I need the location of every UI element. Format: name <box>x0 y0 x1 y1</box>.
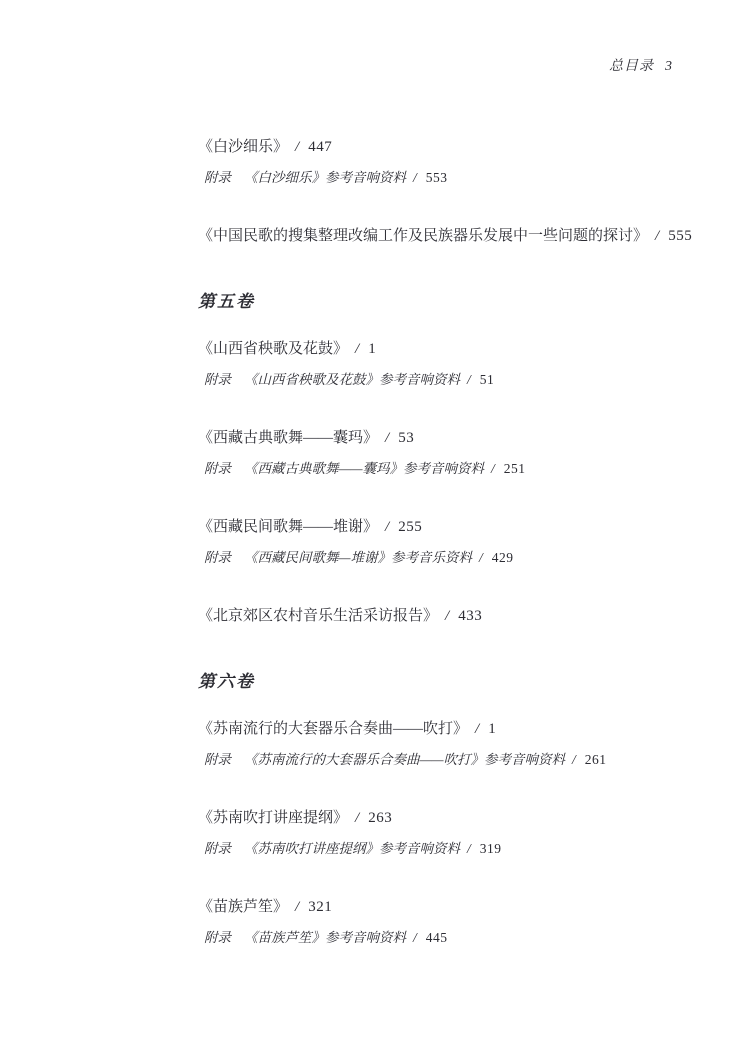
entry-separator: / <box>355 810 359 826</box>
appendix-prefix: 附录 <box>204 550 231 565</box>
entry-separator: / <box>385 430 389 446</box>
entry-page-number: 263 <box>368 810 392 826</box>
entry-separator: / <box>385 519 389 535</box>
entry-separator: / <box>467 841 471 856</box>
entry-page-number: 319 <box>480 841 502 856</box>
entry-separator: / <box>413 170 417 185</box>
appendix-prefix: 附录 <box>204 461 231 476</box>
entry-page-number: 53 <box>398 430 414 446</box>
appendix-title: 《苏南流行的大套器乐合奏曲——吹打》参考音响资料 <box>244 752 565 767</box>
appendix-title: 《苗族芦笙》参考音响资料 <box>244 930 406 945</box>
entry-separator: / <box>475 721 479 737</box>
entry-title: 《北京郊区农村音乐生活采访报告》 <box>198 608 438 624</box>
entry-page-number: 445 <box>426 930 448 945</box>
entry-page-number: 251 <box>504 461 526 476</box>
entry-separator: / <box>572 752 576 767</box>
entry-title: 《苗族芦笙》 <box>198 899 288 915</box>
toc-entry: 《中国民歌的搜集整理改编工作及民族器乐发展中一些问题的探讨》/555 <box>198 228 718 244</box>
entry-title: 《苏南吹打讲座提纲》 <box>198 810 348 826</box>
toc-appendix-entry: 附录《苏南流行的大套器乐合奏曲——吹打》参考音响资料/261 <box>198 753 718 767</box>
appendix-title: 《苏南吹打讲座提纲》参考音响资料 <box>244 841 460 856</box>
appendix-prefix: 附录 <box>204 372 231 387</box>
entry-page-number: 1 <box>488 721 496 737</box>
appendix-title: 《西藏民间歌舞—堆谢》参考音乐资料 <box>244 550 472 565</box>
entry-page-number: 555 <box>668 228 692 244</box>
entry-page-number: 321 <box>308 899 332 915</box>
toc-entry: 《北京郊区农村音乐生活采访报告》/433 <box>198 608 718 624</box>
toc-appendix-entry: 附录《山西省秧歌及花鼓》参考音响资料/51 <box>198 373 718 387</box>
entry-page-number: 433 <box>458 608 482 624</box>
toc-page: 总目录3 《白沙细乐》/447 附录《白沙细乐》参考音响资料/553 《中国民歌… <box>0 0 749 1053</box>
appendix-title: 《西藏古典歌舞——囊玛》参考音响资料 <box>244 461 484 476</box>
toc-appendix-entry: 附录《白沙细乐》参考音响资料/553 <box>198 171 718 185</box>
entry-separator: / <box>491 461 495 476</box>
entry-separator: / <box>479 550 483 565</box>
toc-entry: 《西藏民间歌舞——堆谢》/255 <box>198 519 718 535</box>
entry-title: 《西藏古典歌舞——囊玛》 <box>198 430 378 446</box>
toc-appendix-entry: 附录《西藏民间歌舞—堆谢》参考音乐资料/429 <box>198 551 718 565</box>
toc-appendix-entry: 附录《西藏古典歌舞——囊玛》参考音响资料/251 <box>198 462 718 476</box>
entry-page-number: 51 <box>480 372 495 387</box>
toc-content: 《白沙细乐》/447 附录《白沙细乐》参考音响资料/553 《中国民歌的搜集整理… <box>198 0 718 945</box>
entry-separator: / <box>355 341 359 357</box>
toc-entry: 《苏南吹打讲座提纲》/263 <box>198 810 718 826</box>
volume-heading-label: 第六卷 <box>198 672 255 691</box>
entry-page-number: 429 <box>492 550 514 565</box>
toc-entry: 《苏南流行的大套器乐合奏曲——吹打》/1 <box>198 721 718 737</box>
entry-title: 《山西省秧歌及花鼓》 <box>198 341 348 357</box>
entry-title: 《苏南流行的大套器乐合奏曲——吹打》 <box>198 721 468 737</box>
entry-page-number: 553 <box>426 170 448 185</box>
entry-separator: / <box>413 930 417 945</box>
entry-separator: / <box>295 899 299 915</box>
entry-title: 《西藏民间歌舞——堆谢》 <box>198 519 378 535</box>
entry-separator: / <box>295 139 299 155</box>
appendix-prefix: 附录 <box>204 930 231 945</box>
entry-page-number: 255 <box>398 519 422 535</box>
entry-separator: / <box>445 608 449 624</box>
appendix-prefix: 附录 <box>204 752 231 767</box>
toc-entry: 《山西省秧歌及花鼓》/1 <box>198 341 718 357</box>
toc-entry: 《白沙细乐》/447 <box>198 139 718 155</box>
appendix-prefix: 附录 <box>204 170 231 185</box>
volume-heading: 第六卷 <box>198 673 718 691</box>
entry-page-number: 261 <box>585 752 607 767</box>
toc-entry: 《西藏古典歌舞——囊玛》/53 <box>198 430 718 446</box>
entry-separator: / <box>467 372 471 387</box>
entry-page-number: 447 <box>308 139 332 155</box>
toc-entry: 《苗族芦笙》/321 <box>198 899 718 915</box>
volume-heading-label: 第五卷 <box>198 292 255 311</box>
toc-appendix-entry: 附录《苏南吹打讲座提纲》参考音响资料/319 <box>198 842 718 856</box>
appendix-title: 《白沙细乐》参考音响资料 <box>244 170 406 185</box>
volume-heading: 第五卷 <box>198 293 718 311</box>
entry-page-number: 1 <box>368 341 376 357</box>
appendix-prefix: 附录 <box>204 841 231 856</box>
entry-title: 《白沙细乐》 <box>198 139 288 155</box>
toc-appendix-entry: 附录《苗族芦笙》参考音响资料/445 <box>198 931 718 945</box>
appendix-title: 《山西省秧歌及花鼓》参考音响资料 <box>244 372 460 387</box>
entry-separator: / <box>655 228 659 244</box>
entry-title: 《中国民歌的搜集整理改编工作及民族器乐发展中一些问题的探讨》 <box>198 228 648 244</box>
